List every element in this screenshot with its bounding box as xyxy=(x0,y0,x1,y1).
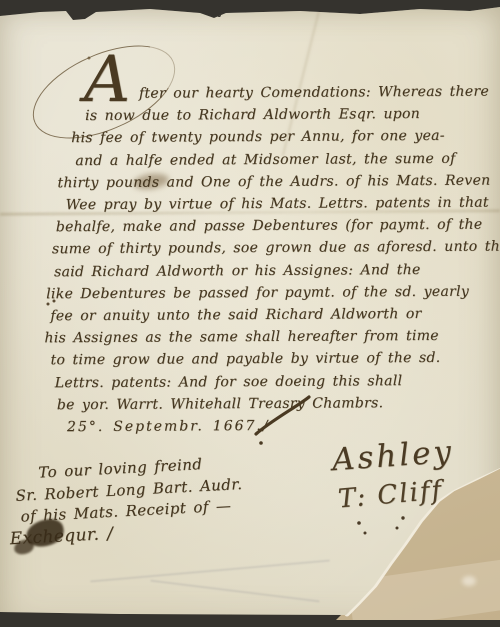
paper-specks xyxy=(0,0,2,2)
manuscript-line: his Assignes as the same shall hereafter… xyxy=(44,325,492,350)
manuscript-line: Wee pray by virtue of his Mats. Lettrs. … xyxy=(66,192,492,217)
manuscript-line: is now due to Richard Aldworth Esqr. upo… xyxy=(85,103,491,128)
manuscript-line: Lettrs. patents: And for soe doeing this… xyxy=(55,369,493,394)
manuscript-line: fee or anuity unto the said Richard Aldw… xyxy=(50,303,492,328)
manuscript-line: his fee of twenty pounds per Annu, for o… xyxy=(71,125,491,150)
manuscript-line: behalfe, make and passe Debentures (for … xyxy=(56,214,492,239)
photograph-backdrop: A fter our hearty Comendations: Whereas … xyxy=(0,0,500,627)
manuscript-body: fter our hearty Comendations: Whereas th… xyxy=(21,81,493,439)
manuscript-line: fter our hearty Comendations: Whereas th… xyxy=(139,81,491,105)
backing-light-spot xyxy=(462,576,476,586)
show-through-mark xyxy=(90,560,329,583)
signature-clifford: T: Cliff xyxy=(337,475,444,514)
manuscript-line: like Debentures be passed for paymt. of … xyxy=(46,280,492,305)
manuscript-line: to time grow due and payable by virtue o… xyxy=(51,347,493,372)
manuscript-line: sume of thirty pounds, soe grown due as … xyxy=(52,236,492,261)
manuscript-line: thirty pounds and One of the Audrs. of h… xyxy=(57,169,491,194)
manuscript-line: be yor. Warrt. Whitehall Treasry Chambrs… xyxy=(57,391,493,416)
signature-ashley: Ashley xyxy=(331,434,455,478)
manuscript-line: said Richard Aldworth or his Assignes: A… xyxy=(54,258,492,283)
manuscript-line: and a halfe ended at Midsomer last, the … xyxy=(75,147,491,172)
show-through-mark xyxy=(151,580,320,602)
